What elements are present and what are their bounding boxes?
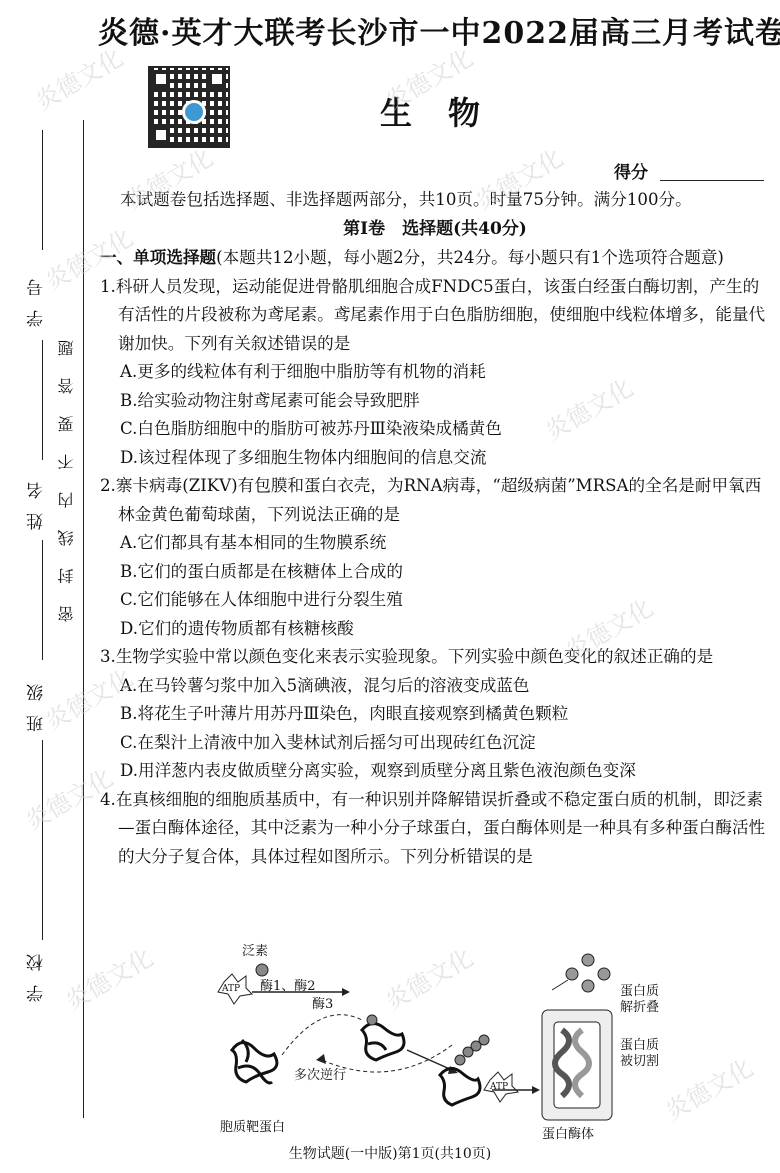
label-enzyme-3: 酶3: [312, 993, 333, 1012]
question-number: 1.: [100, 277, 116, 296]
question-number: 4.: [100, 790, 116, 809]
question-1: 1.科研人员发现，运动能促进骨骼肌细胞合成FNDC5蛋白，该蛋白经蛋白酶切割，产…: [100, 273, 770, 473]
question-3: 3.生物学实验中常以颜色变化来表示实验现象。下列实验中颜色变化的叙述正确的是 A…: [100, 643, 770, 786]
qr-logo-icon: [182, 100, 206, 124]
binding-margin: 学号 姓名 班级 学校 密封线内不要答题: [0, 0, 84, 1173]
option-c[interactable]: C.它们能够在人体细胞中进行分裂生殖: [100, 586, 770, 615]
field-line: [42, 130, 43, 250]
option-c[interactable]: C.白色脂肪细胞中的脂肪可被苏丹Ⅲ染液染成橘黄色: [100, 415, 770, 444]
intro-text: 本试题卷包括选择题、非选择题两部分，共10页。时量75分钟。满分100分。: [100, 186, 770, 215]
question-text: 在真核细胞的细胞质基质中，有一种识别并降解错误折叠或不稳定蛋白质的机制，即泛素—…: [116, 790, 765, 866]
qr-finder: [208, 70, 226, 88]
qr-code[interactable]: [148, 66, 230, 148]
section-heading: 一、单项选择题: [100, 247, 216, 267]
question-text: 寨卡病毒(ZIKV)有包膜和蛋白衣壳，为RNA病毒，“超级病菌”MRSA的全名是…: [116, 476, 761, 524]
option-a[interactable]: A.在马铃薯匀浆中加入5滴碘液，混匀后的溶液变成蓝色: [100, 672, 770, 701]
score-label: 得分: [614, 158, 648, 183]
option-b[interactable]: B.它们的蛋白质都是在核糖体上合成的: [100, 558, 770, 587]
section-header: 一、单项选择题(本题共12小题，每小题2分，共24分。每小题只有1个选项符合题意…: [100, 243, 770, 273]
question-number: 2.: [100, 476, 116, 495]
exam-title: 炎德·英才大联考长沙市一中2022届高三月考试卷(九): [98, 8, 778, 52]
option-c[interactable]: C.在梨汁上清液中加入斐林试剂后摇匀可出现砖红色沉淀: [100, 729, 770, 758]
option-a[interactable]: A.更多的线粒体有利于细胞中脂肪等有机物的消耗: [100, 358, 770, 387]
label-atp-1: ATP: [222, 984, 240, 994]
pathway-illustration: [212, 940, 682, 1138]
subject-title: 生物: [380, 88, 516, 134]
label-unfolding: 蛋白质解折叠: [620, 984, 664, 1016]
school-label: 学校: [24, 940, 49, 1002]
qr-finder: [152, 126, 170, 144]
qr-finder: [152, 70, 170, 88]
page-footer: 生物试题(一中版)第1页(共10页): [0, 1143, 780, 1163]
exam-content: 本试题卷包括选择题、非选择题两部分，共10页。时量75分钟。满分100分。 第Ⅰ…: [100, 186, 770, 871]
field-line: [42, 340, 43, 460]
question-2: 2.寨卡病毒(ZIKV)有包膜和蛋白衣壳，为RNA病毒，“超级病菌”MRSA的全…: [100, 472, 770, 643]
option-b[interactable]: B.将花生子叶薄片用苏丹Ⅲ染色，肉眼直接观察到橘黄色颗粒: [100, 700, 770, 729]
seal-notice: 密封线内不要答题: [55, 318, 78, 622]
binding-rule: [83, 120, 84, 1118]
question-stem: 4.在真核细胞的细胞质基质中，有一种识别并降解错误折叠或不稳定蛋白质的机制，即泛…: [100, 786, 770, 872]
label-ubiquitin: 泛素: [242, 940, 268, 959]
label-target-protein: 胞质靶蛋白: [220, 1116, 285, 1135]
question-stem: 1.科研人员发现，运动能促进骨骼肌细胞合成FNDC5蛋白，该蛋白经蛋白酶切割，产…: [100, 273, 770, 359]
student-id-label: 学号: [24, 265, 49, 327]
question-text: 生物学实验中常以颜色变化来表示实验现象。下列实验中颜色变化的叙述正确的是: [116, 647, 713, 666]
option-d[interactable]: D.用洋葱内表皮做质壁分离实验，观察到质壁分离且紫色液泡颜色变深: [100, 757, 770, 786]
option-a[interactable]: A.它们都具有基本相同的生物膜系统: [100, 529, 770, 558]
question-4: 4.在真核细胞的细胞质基质中，有一种识别并降解错误折叠或不稳定蛋白质的机制，即泛…: [100, 786, 770, 872]
field-line: [42, 540, 43, 660]
question-text: 科研人员发现，运动能促进骨骼肌细胞合成FNDC5蛋白，该蛋白经蛋白酶切割，产生的…: [116, 277, 765, 353]
option-d[interactable]: D.该过程体现了多细胞生物体内细胞间的信息交流: [100, 444, 770, 473]
name-label: 姓名: [24, 468, 49, 530]
field-line: [42, 740, 43, 940]
option-b[interactable]: B.给实验动物注射鸢尾素可能会导致肥胖: [100, 387, 770, 416]
class-label: 班级: [24, 670, 49, 732]
score-blank: [660, 180, 764, 181]
label-atp-2: ATP: [490, 1082, 508, 1092]
label-cleavage: 蛋白质被切割: [620, 1038, 664, 1070]
label-repeat-cycle: 多次逆行: [294, 1064, 346, 1083]
question-stem: 2.寨卡病毒(ZIKV)有包膜和蛋白衣壳，为RNA病毒，“超级病菌”MRSA的全…: [100, 472, 770, 529]
part-title: 第Ⅰ卷 选择题(共40分): [100, 215, 770, 244]
option-d[interactable]: D.它们的遗传物质都有核糖核酸: [100, 615, 770, 644]
section-note: (本题共12小题，每小题2分，共24分。每小题只有1个选项符合题意): [216, 248, 724, 267]
ubiquitin-proteasome-diagram: 泛素 ATP 酶1、酶2 酶3 多次逆行 胞质靶蛋白 ATP 蛋白质解折叠 蛋白…: [212, 940, 682, 1138]
question-number: 3.: [100, 647, 116, 666]
question-stem: 3.生物学实验中常以颜色变化来表示实验现象。下列实验中颜色变化的叙述正确的是: [100, 643, 770, 672]
label-proteasome: 蛋白酶体: [542, 1123, 594, 1142]
label-enzymes-1-2: 酶1、酶2: [260, 975, 316, 994]
